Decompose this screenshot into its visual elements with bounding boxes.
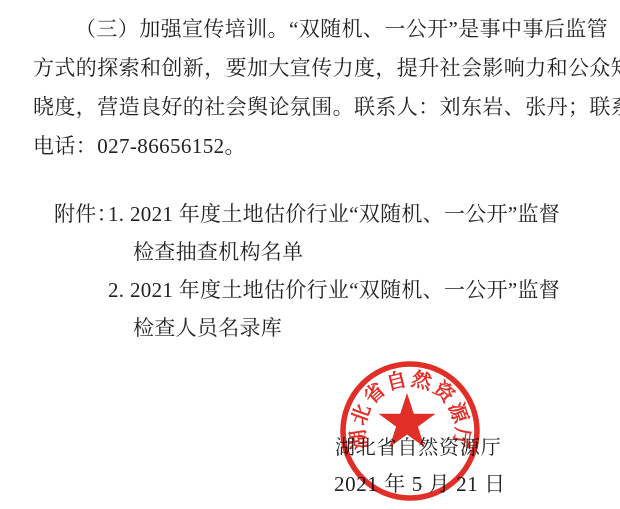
attachment-title: 2021 年度土地估价行业“双随机、一公开”监督	[130, 277, 560, 303]
paragraph-line: 电话：027-86656152。	[33, 133, 246, 159]
document-page: （三）加强宣传培训。“双随机、一公开”是事中事后监管 方式的探索和创新，要加大宣…	[0, 0, 620, 509]
attachment-title-continued: 检查人员名录库	[133, 315, 282, 341]
attachment-title: 2021 年度土地估价行业“双随机、一公开”监督	[130, 201, 560, 227]
signature-issuer: 湖北省自然资源厅	[335, 431, 501, 460]
attachment-number: 2.	[108, 277, 124, 303]
signature-date: 2021 年 5 月 21 日	[334, 468, 506, 498]
attachment-item-2-line-2: 检查人员名录库	[0, 315, 620, 341]
attachment-item-1-line-2: 检查抽查机构名单	[0, 239, 620, 265]
attachment-title-continued: 检查抽查机构名单	[133, 239, 303, 265]
paragraph-line: 晓度，营造良好的社会舆论氛围。联系人：刘东岩、张丹；联系	[33, 94, 590, 120]
attachment-item-1-line-1: 附件： 1. 2021 年度土地估价行业“双随机、一公开”监督	[0, 201, 620, 227]
paragraph-line: （三）加强宣传培训。“双随机、一公开”是事中事后监管	[33, 16, 590, 42]
attachment-item-2-line-1: 2. 2021 年度土地估价行业“双随机、一公开”监督	[0, 277, 620, 303]
paragraph-line: 方式的探索和创新，要加大宣传力度，提升社会影响力和公众知	[33, 55, 590, 81]
attachment-number: 1.	[108, 201, 124, 227]
